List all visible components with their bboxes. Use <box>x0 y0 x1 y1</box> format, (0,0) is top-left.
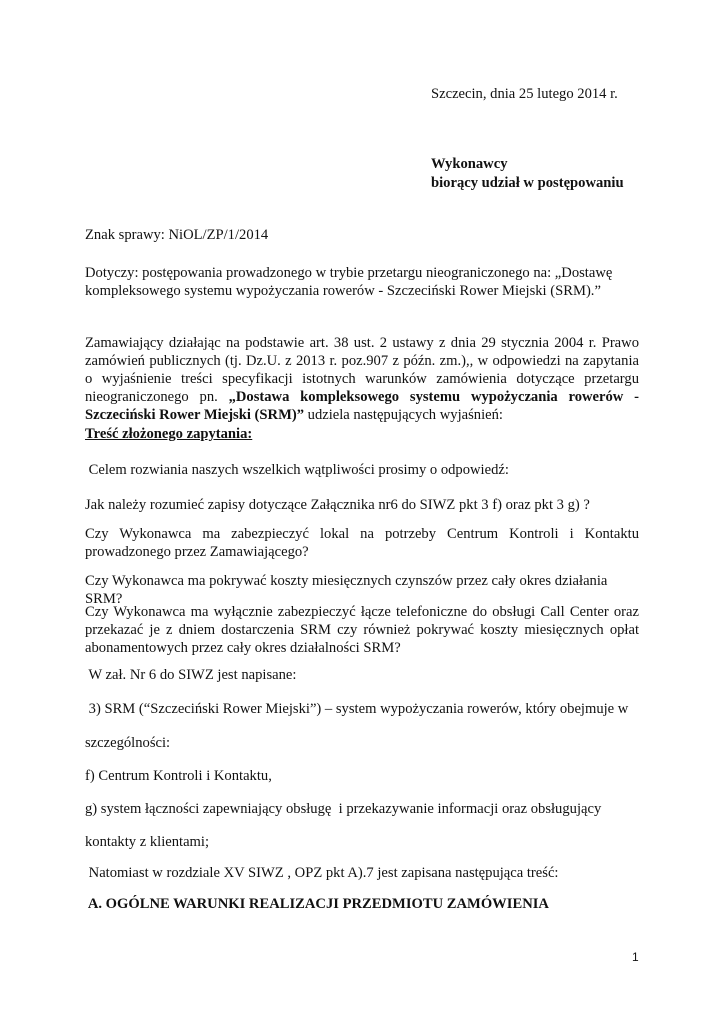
paragraph: W zał. Nr 6 do SIWZ jest napisane: <box>85 666 639 684</box>
place-date: Szczecin, dnia 25 lutego 2014 r. <box>431 86 618 103</box>
paragraph: g) system łączności zapewniający obsługę… <box>85 800 639 818</box>
paragraph: Czy Wykonawca ma wyłącznie zabezpieczyć … <box>85 603 639 657</box>
paragraph: Czy Wykonawca ma zabezpieczyć lokal na p… <box>85 525 639 561</box>
intro-paragraph: Zamawiający działając na podstawie art. … <box>85 334 639 424</box>
intro-text-end: udziela następujących wyjaśnień: <box>304 407 503 423</box>
subject-line: Dotyczy: postępowania prowadzonego w try… <box>85 264 639 300</box>
question-heading: Treść złożonego zapytania: <box>85 426 252 443</box>
paragraph: Natomiast w rozdziale XV SIWZ , OPZ pkt … <box>85 864 639 882</box>
paragraph: Celem rozwiania naszych wszelkich wątpli… <box>85 461 639 479</box>
paragraph: Jak należy rozumieć zapisy dotyczące Zał… <box>85 496 639 514</box>
page-number: 1 <box>632 950 639 964</box>
paragraph: 3) SRM (“Szczeciński Rower Miejski”) – s… <box>85 700 639 718</box>
case-reference: Znak sprawy: NiOL/ZP/1/2014 <box>85 227 268 244</box>
section-heading: A. OGÓLNE WARUNKI REALIZACJI PRZEDMIOTU … <box>85 895 639 913</box>
paragraph: f) Centrum Kontroli i Kontaktu, <box>85 767 639 785</box>
paragraph: szczególności: <box>85 734 639 752</box>
recipient-line-2: biorący udział w postępowaniu <box>431 175 624 192</box>
recipient-line-1: Wykonawcy <box>431 156 508 173</box>
paragraph: kontakty z klientami; <box>85 833 639 851</box>
